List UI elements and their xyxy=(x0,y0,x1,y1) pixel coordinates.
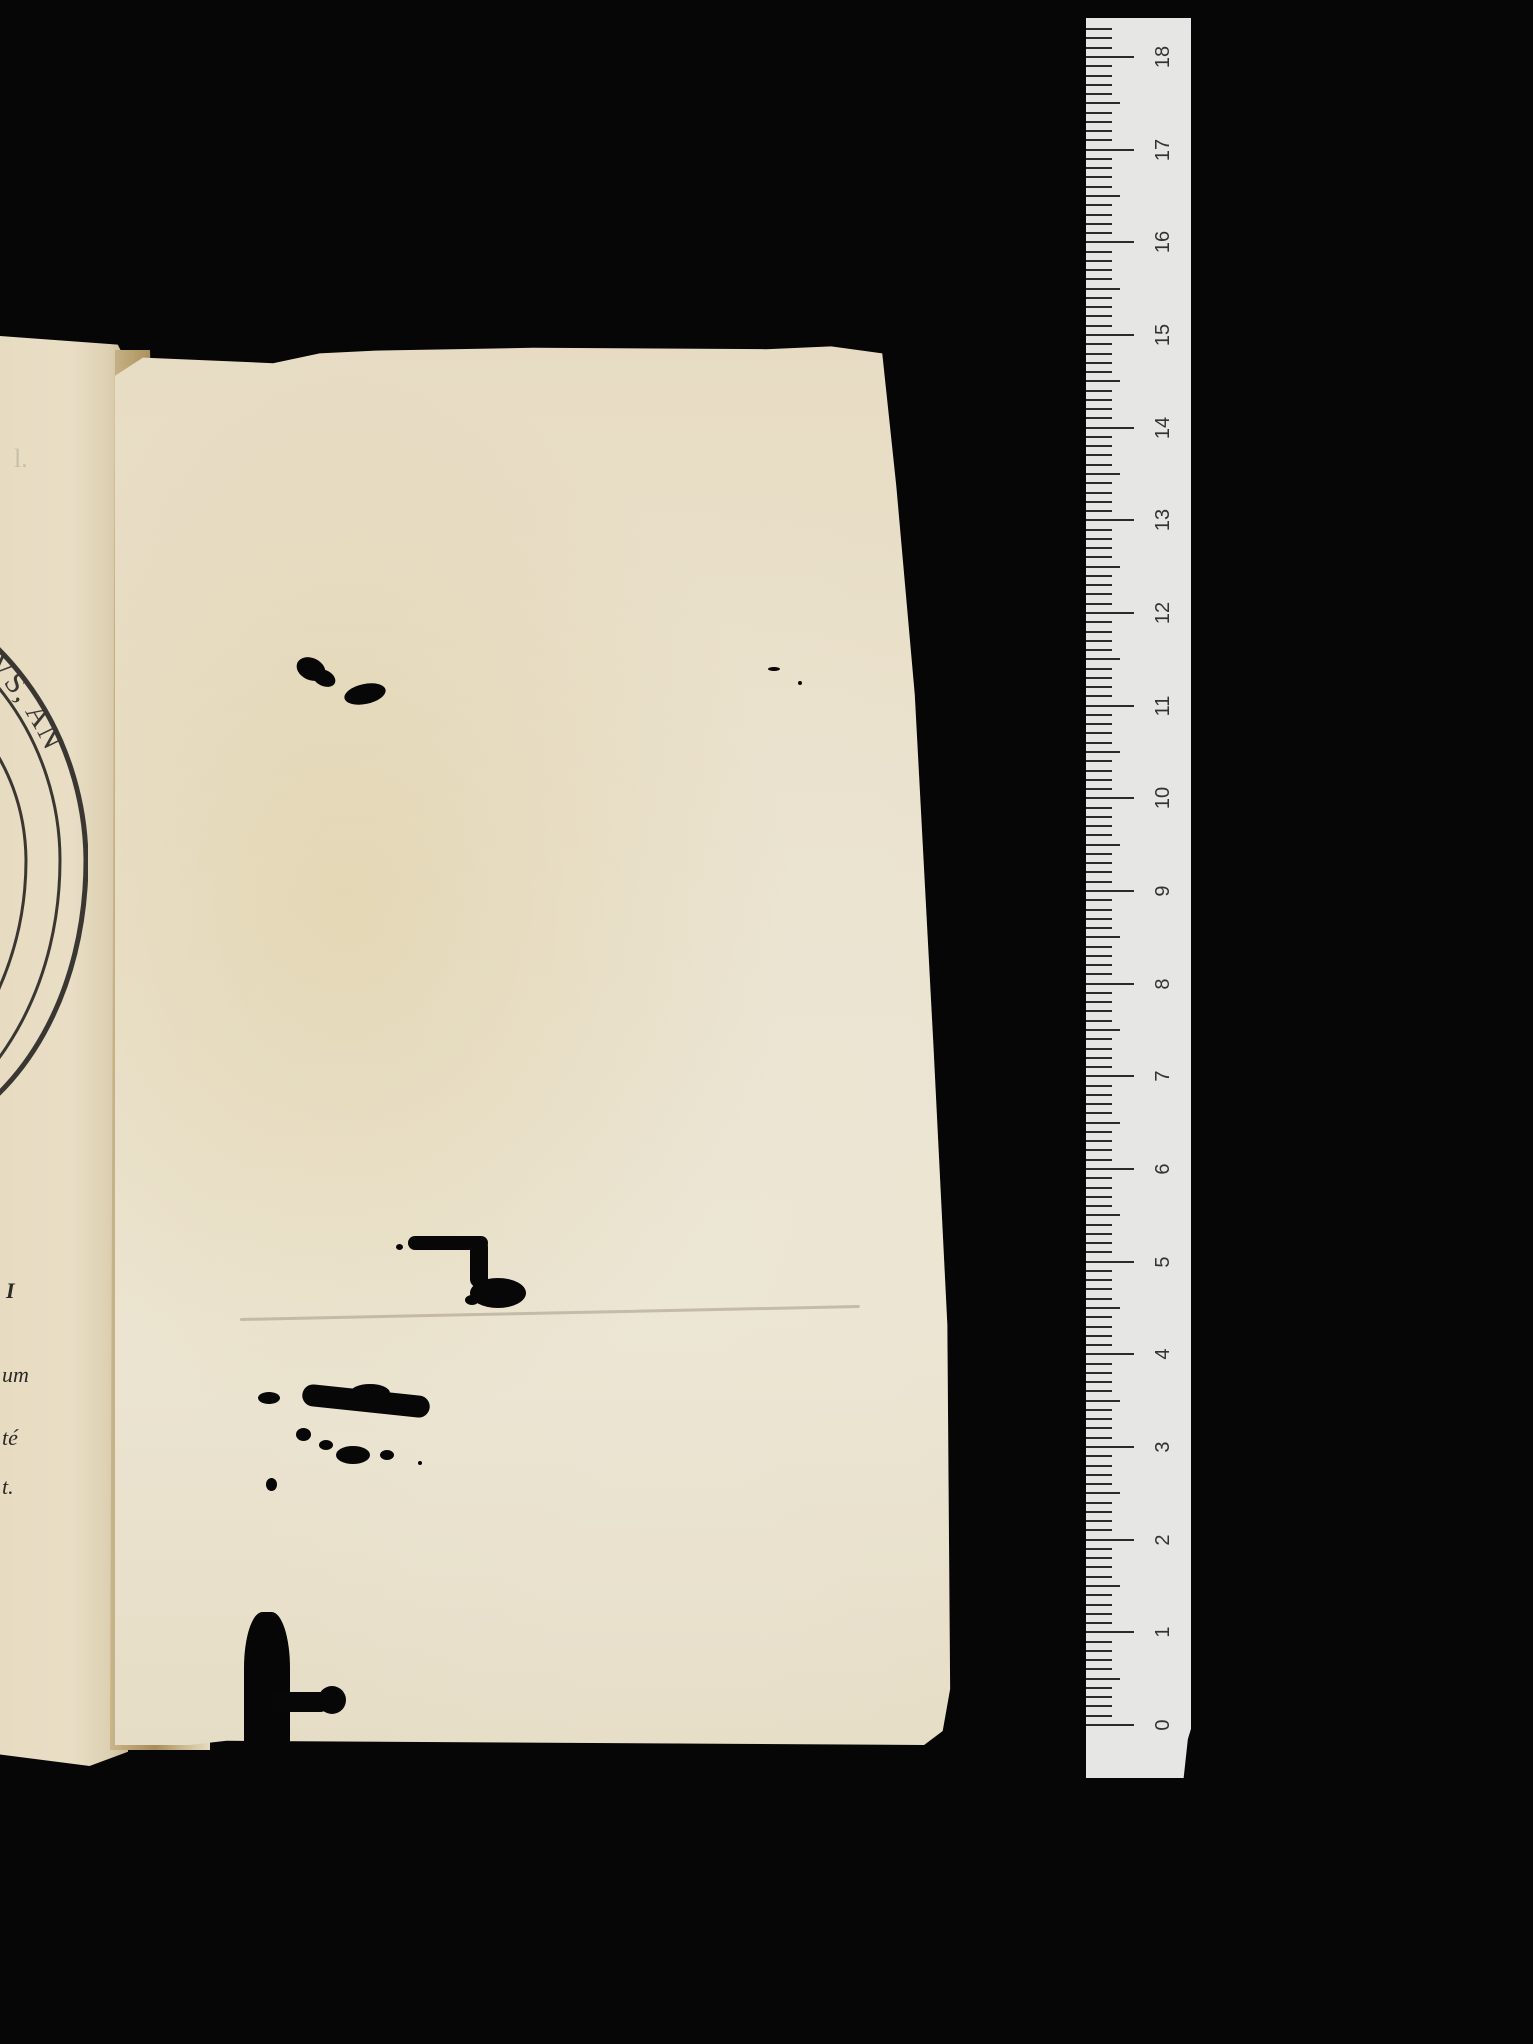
ruler-tick xyxy=(1086,232,1112,234)
ink-blot xyxy=(319,1440,333,1450)
ruler-tick xyxy=(1086,241,1134,243)
ruler-tick xyxy=(1086,1057,1112,1059)
ruler-tick xyxy=(1086,223,1112,225)
ruler-tick xyxy=(1086,75,1112,77)
ruler-tick xyxy=(1086,1668,1112,1670)
ruler-label: 10 xyxy=(1153,773,1173,823)
ruler-tick xyxy=(1086,723,1112,725)
ruler-label: 16 xyxy=(1153,217,1173,267)
ruler-tick xyxy=(1086,1363,1112,1365)
ruler-tick xyxy=(1086,1066,1112,1068)
ruler-tick xyxy=(1086,371,1112,373)
ruler-tick xyxy=(1086,454,1112,456)
ruler-tick xyxy=(1086,269,1112,271)
ruler-tick xyxy=(1086,946,1112,948)
ruler-tick xyxy=(1086,1122,1120,1124)
ruler-tick xyxy=(1086,918,1112,920)
ruler-tick xyxy=(1086,1585,1120,1587)
ruler-tick xyxy=(1086,1409,1112,1411)
ruler-tick xyxy=(1086,1075,1134,1077)
ruler-tick xyxy=(1086,1288,1112,1290)
ruler-tick xyxy=(1086,1650,1112,1652)
ruler-tick xyxy=(1086,1705,1112,1707)
ruler-tick xyxy=(1086,556,1112,558)
ruler-tick xyxy=(1086,334,1134,336)
ruler-label: 4 xyxy=(1153,1329,1173,1379)
ruler-tick xyxy=(1086,1307,1120,1309)
ruler-tick xyxy=(1086,1326,1112,1328)
ruler-tick xyxy=(1086,1641,1112,1643)
ruler-tick xyxy=(1086,1455,1112,1457)
ruler-tick xyxy=(1086,788,1112,790)
ink-blot xyxy=(258,1392,280,1404)
ruler-tick xyxy=(1086,492,1112,494)
ruler-label: 17 xyxy=(1153,125,1173,175)
ruler-tick xyxy=(1086,927,1112,929)
ruler-label: 8 xyxy=(1153,959,1173,1009)
left-page-text-fragment: um xyxy=(2,1362,29,1388)
seal-text: NOZERENVS, AN xyxy=(0,574,71,756)
ruler-tick xyxy=(1086,84,1112,86)
ruler-tick xyxy=(1086,297,1112,299)
scale-ruler: 0123456789101112131415161718 xyxy=(1086,18,1191,1778)
ruler-tick xyxy=(1086,1085,1112,1087)
ruler-tick xyxy=(1086,1390,1112,1392)
ruler-tick xyxy=(1086,306,1112,308)
ink-speck xyxy=(396,1244,403,1250)
book-photograph: l. NOZERENVS, AN I um té t. xyxy=(0,0,1533,2044)
ruler-tick xyxy=(1086,1251,1112,1253)
ruler-tick xyxy=(1086,464,1112,466)
ruler-tick xyxy=(1086,315,1112,317)
ruler-label: 9 xyxy=(1153,866,1173,916)
ruler-tick xyxy=(1086,732,1112,734)
ruler-tick xyxy=(1086,1196,1112,1198)
ruler-tick xyxy=(1086,445,1112,447)
ruler-tick xyxy=(1086,899,1112,901)
ruler-tick xyxy=(1086,751,1120,753)
ruler-tick xyxy=(1086,519,1134,521)
ruler-tick xyxy=(1086,584,1112,586)
ruler-tick xyxy=(1086,1353,1134,1355)
ink-speck xyxy=(418,1461,422,1465)
ruler-tick xyxy=(1086,1696,1112,1698)
ruler-tick xyxy=(1086,1224,1112,1226)
page-hole xyxy=(244,1612,290,1752)
ruler-tick xyxy=(1086,417,1112,419)
ruler-tick xyxy=(1086,47,1112,49)
ruler-tick xyxy=(1086,1446,1134,1448)
ruler-tick xyxy=(1086,862,1112,864)
ruler-label: 3 xyxy=(1153,1422,1173,1472)
ruler-tick xyxy=(1086,955,1112,957)
ruler-tick xyxy=(1086,343,1112,345)
ruler-tick xyxy=(1086,251,1112,253)
ruler-tick xyxy=(1086,705,1134,707)
ruler-tick xyxy=(1086,871,1112,873)
ruler-tick xyxy=(1086,983,1134,985)
ink-blot xyxy=(296,1428,311,1441)
ruler-tick xyxy=(1086,992,1112,994)
ruler-tick xyxy=(1086,325,1112,327)
ruler-tick xyxy=(1086,1168,1134,1170)
ruler-tick xyxy=(1086,1659,1112,1661)
ruler-tick xyxy=(1086,1344,1112,1346)
ruler-tick xyxy=(1086,631,1112,633)
ruler-tick xyxy=(1086,288,1120,290)
ruler-tick xyxy=(1086,668,1112,670)
ruler-tick xyxy=(1086,1335,1112,1337)
ruler-tick xyxy=(1086,408,1112,410)
ruler-tick xyxy=(1086,973,1112,975)
ruler-tick xyxy=(1086,742,1112,744)
ruler-tick xyxy=(1086,1418,1112,1420)
ruler-label: 14 xyxy=(1153,403,1173,453)
ruler-tick xyxy=(1086,649,1112,651)
left-page-text-fragment: té xyxy=(2,1425,18,1451)
ruler-tick xyxy=(1086,1279,1112,1281)
ruler-tick xyxy=(1086,1492,1120,1494)
ruler-tick xyxy=(1086,1594,1112,1596)
ruler-tick xyxy=(1086,1474,1112,1476)
ruler-tick xyxy=(1086,909,1112,911)
ruler-tick xyxy=(1086,1159,1112,1161)
ruler-tick xyxy=(1086,1427,1112,1429)
ruler-label: 15 xyxy=(1153,310,1173,360)
ruler-tick xyxy=(1086,278,1112,280)
ruler-tick xyxy=(1086,816,1112,818)
ruler-tick xyxy=(1086,260,1112,262)
ruler-tick xyxy=(1086,1038,1112,1040)
ruler-tick xyxy=(1086,167,1112,169)
ruler-tick xyxy=(1086,881,1112,883)
ruler-tick xyxy=(1086,1020,1112,1022)
ruler-tick xyxy=(1086,1539,1134,1541)
ruler-tick xyxy=(1086,677,1112,679)
ruler-tick xyxy=(1086,1381,1112,1383)
ruler-tick xyxy=(1086,770,1112,772)
ruler-tick xyxy=(1086,621,1112,623)
ruler-tick xyxy=(1086,1502,1112,1504)
ruler-tick xyxy=(1086,56,1134,58)
ink-blot xyxy=(380,1450,394,1460)
ruler-tick xyxy=(1086,37,1112,39)
ink-blot xyxy=(318,1686,346,1714)
ruler-tick xyxy=(1086,825,1112,827)
ruler-label: 1 xyxy=(1153,1607,1173,1657)
ruler-tick xyxy=(1086,1465,1112,1467)
ruler-tick xyxy=(1086,1149,1112,1151)
ruler-tick xyxy=(1086,186,1112,188)
ruler-tick xyxy=(1086,695,1112,697)
ruler-tick xyxy=(1086,1548,1112,1550)
ruler-tick xyxy=(1086,1205,1112,1207)
ruler-tick xyxy=(1086,834,1112,836)
ruler-tick xyxy=(1086,1048,1112,1050)
ruler-tick xyxy=(1086,1094,1112,1096)
ruler-tick xyxy=(1086,1131,1112,1133)
ruler-tick xyxy=(1086,1520,1112,1522)
ruler-tick xyxy=(1086,362,1112,364)
ruler-tick xyxy=(1086,1316,1112,1318)
ruler-tick xyxy=(1086,1511,1112,1513)
ruler-tick xyxy=(1086,112,1112,114)
ruler-tick xyxy=(1086,1724,1134,1726)
ruler-tick xyxy=(1086,1214,1120,1216)
ruler-label: 7 xyxy=(1153,1051,1173,1101)
ruler-tick xyxy=(1086,1622,1112,1624)
ruler-label: 18 xyxy=(1153,32,1173,82)
ruler-tick xyxy=(1086,612,1134,614)
ink-blot xyxy=(465,1295,479,1305)
ruler-tick xyxy=(1086,1437,1112,1439)
ruler-tick xyxy=(1086,1029,1120,1031)
right-page xyxy=(115,345,1045,1745)
ruler-tick xyxy=(1086,714,1112,716)
ruler-label: 5 xyxy=(1153,1237,1173,1287)
ink-speck xyxy=(798,681,802,685)
faded-mark: l. xyxy=(14,444,28,474)
ruler-tick xyxy=(1086,658,1120,660)
ruler-tick xyxy=(1086,1233,1112,1235)
ruler-tick xyxy=(1086,1177,1112,1179)
ruler-label: 13 xyxy=(1153,495,1173,545)
ruler-tick xyxy=(1086,214,1112,216)
ruler-tick xyxy=(1086,28,1112,30)
ruler-tick xyxy=(1086,779,1112,781)
ruler-tick xyxy=(1086,1576,1112,1578)
ruler-tick xyxy=(1086,603,1112,605)
ruler-tick xyxy=(1086,1400,1120,1402)
ruler-tick xyxy=(1086,1372,1112,1374)
ruler-tick xyxy=(1086,427,1134,429)
ink-blot xyxy=(350,1384,390,1402)
ruler-tick xyxy=(1086,501,1112,503)
ruler-label: 0 xyxy=(1153,1700,1173,1750)
ruler-tick xyxy=(1086,353,1112,355)
ruler-tick xyxy=(1086,1112,1112,1114)
svg-text:NOZERENVS, AN: NOZERENVS, AN xyxy=(0,574,71,756)
ruler-tick xyxy=(1086,797,1134,799)
ruler-tick xyxy=(1086,158,1112,160)
ruler-tick xyxy=(1086,1140,1112,1142)
ruler-tick xyxy=(1086,593,1112,595)
ruler-tick xyxy=(1086,844,1120,846)
ruler-label: 11 xyxy=(1153,681,1173,731)
ruler-tick xyxy=(1086,1242,1112,1244)
ruler-tick xyxy=(1086,538,1112,540)
ruler-tick xyxy=(1086,566,1120,568)
ruler-tick xyxy=(1086,547,1112,549)
ruler-tick xyxy=(1086,1687,1112,1689)
ruler-tick xyxy=(1086,176,1112,178)
ruler-tick xyxy=(1086,1613,1112,1615)
ruler-label: 12 xyxy=(1153,588,1173,638)
ruler-tick xyxy=(1086,575,1112,577)
ruler-tick xyxy=(1086,529,1112,531)
ruler-tick xyxy=(1086,1715,1112,1717)
ruler-tick xyxy=(1086,93,1112,95)
ruler-tick xyxy=(1086,936,1120,938)
ruler-tick xyxy=(1086,139,1112,141)
ruler-label: 2 xyxy=(1153,1515,1173,1565)
ruler-tick xyxy=(1086,482,1112,484)
ruler-tick xyxy=(1086,853,1112,855)
ruler-tick xyxy=(1086,1270,1112,1272)
ruler-tick xyxy=(1086,686,1112,688)
ruler-tick xyxy=(1086,1566,1112,1568)
ruler-tick xyxy=(1086,102,1120,104)
ruler-tick xyxy=(1086,1529,1112,1531)
ruler-label: 6 xyxy=(1153,1144,1173,1194)
ruler-tick xyxy=(1086,1103,1112,1105)
ruler-tick xyxy=(1086,510,1112,512)
ruler-tick xyxy=(1086,1483,1112,1485)
ruler-tick xyxy=(1086,473,1120,475)
ruler-tick xyxy=(1086,1557,1112,1559)
ruler-tick xyxy=(1086,1010,1112,1012)
ruler-tick xyxy=(1086,149,1134,151)
ruler-tick xyxy=(1086,1631,1134,1633)
ink-speck xyxy=(768,667,780,671)
ruler-tick xyxy=(1086,1187,1112,1189)
ruler-tick xyxy=(1086,390,1112,392)
ink-blot xyxy=(470,1278,526,1308)
left-page-text-fragment: I xyxy=(6,1278,15,1304)
ruler-tick xyxy=(1086,204,1112,206)
ruler-tick xyxy=(1086,1261,1134,1263)
ruler-tick xyxy=(1086,130,1112,132)
ruler-tick xyxy=(1086,195,1120,197)
ruler-tick xyxy=(1086,121,1112,123)
ruler-tick xyxy=(1086,1678,1120,1680)
left-page-text-fragment: t. xyxy=(2,1474,14,1500)
ruler-tick xyxy=(1086,380,1120,382)
ruler-tick xyxy=(1086,399,1112,401)
ink-blot xyxy=(266,1478,277,1491)
ruler-tick xyxy=(1086,65,1112,67)
ruler-tick xyxy=(1086,436,1112,438)
ruler-tick xyxy=(1086,1001,1112,1003)
printers-device-seal-icon: NOZERENVS, AN xyxy=(0,560,88,1140)
ink-blot xyxy=(336,1446,370,1464)
ruler-tick xyxy=(1086,1298,1112,1300)
ruler-tick xyxy=(1086,964,1112,966)
ruler-tick xyxy=(1086,640,1112,642)
ruler-tick xyxy=(1086,807,1112,809)
ruler-tick xyxy=(1086,1604,1112,1606)
ruler-tick xyxy=(1086,760,1112,762)
ruler-tick xyxy=(1086,890,1134,892)
